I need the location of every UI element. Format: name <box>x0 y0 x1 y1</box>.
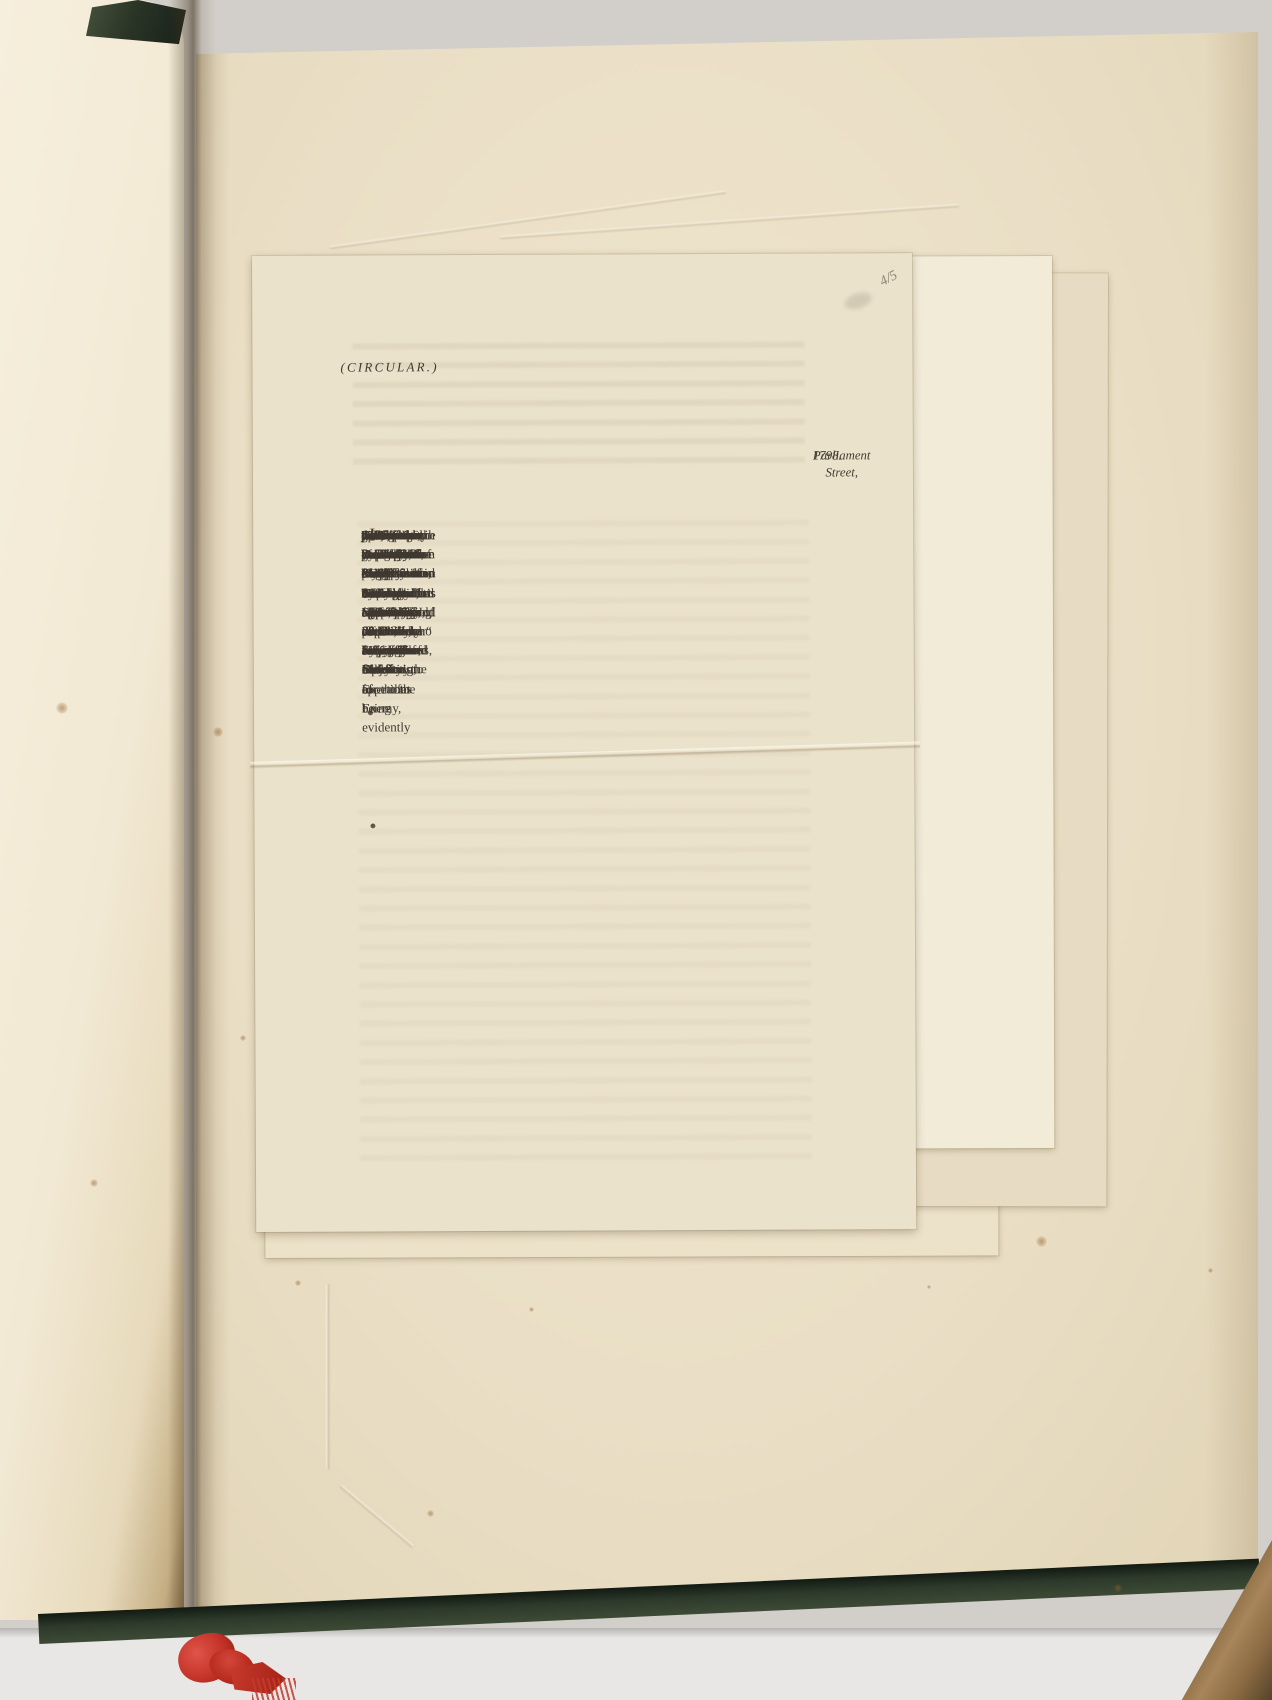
foxing-spot <box>1036 1236 1047 1247</box>
foxing-spot <box>213 727 223 737</box>
gutter-shadow <box>168 0 216 1624</box>
foxing-spot <box>295 1280 301 1286</box>
foxing-spot <box>90 1179 98 1187</box>
ribbon-bookmark-fray <box>252 1678 296 1700</box>
foxing-spot <box>1114 1584 1122 1592</box>
text-segment: Deſcription being placed in a Situation … <box>361 525 421 679</box>
foxing-spot <box>56 702 68 714</box>
foxing-spot <box>427 1510 434 1517</box>
dateline-year: 1798. <box>813 447 842 464</box>
page-crease <box>326 1284 330 1470</box>
text-segment: tions, <box>361 525 390 544</box>
pencil-annotation: 4/5 <box>877 268 900 291</box>
page-crease <box>330 190 727 250</box>
ink-smudge <box>843 289 874 312</box>
stitch-hole <box>370 823 375 828</box>
photo-of-open-album: ds, asintod thether,Pur-ſomeandeſty,loſe… <box>0 0 1272 1700</box>
foxing-spot <box>927 1285 931 1289</box>
foxing-spot <box>240 1035 246 1041</box>
document-sheet: (CIRCULAR.) Parliament Street, 1798. 4/5… <box>252 253 916 1232</box>
foxing-spot <box>1208 1268 1213 1273</box>
album-left-page <box>0 0 184 1620</box>
page-crease <box>500 204 959 240</box>
circular-heading: (CIRCULAR.) <box>340 359 438 375</box>
foxing-spot <box>529 1307 534 1312</box>
page-crease <box>339 1484 414 1548</box>
